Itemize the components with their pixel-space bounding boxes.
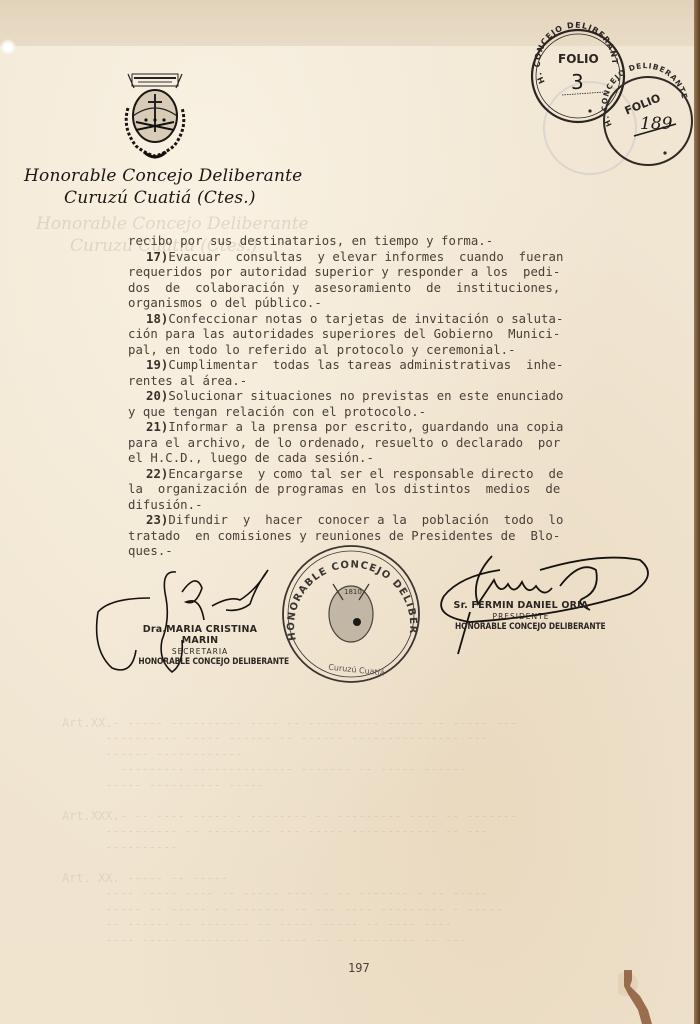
item-number: 23) — [146, 513, 168, 527]
item-text: Encargarse y como tal ser el responsable… — [168, 467, 563, 481]
body-line: rentes al área.- — [128, 374, 640, 390]
body-line: ques.- — [128, 544, 640, 560]
page-edge — [694, 0, 700, 1024]
item-number: 18) — [146, 312, 168, 326]
body-line: tratado en comisiones y reuniones de Pre… — [128, 529, 640, 545]
body-line: la organización de programas en los dist… — [128, 482, 640, 498]
svg-text:1810: 1810 — [344, 588, 362, 596]
signatory-organization: HONORABLE CONCEJO DELIBERANTE — [138, 657, 261, 667]
folio-number: 3 — [571, 70, 584, 94]
item-text: Solucionar situaciones no previstas en e… — [168, 389, 563, 403]
item-text: Informar a la prensa por escrito, guarda… — [168, 420, 563, 434]
body-line: dos de colaboración y asesoramiento de i… — [128, 281, 640, 297]
page-number: 197 — [348, 961, 370, 975]
body-line: difusión.- — [128, 498, 640, 514]
bleed-through-text: Art.XX.- ----- ---------- ---- -- ------… — [62, 700, 642, 948]
signatory-name: Sr. FERMIN DANIEL ORIA — [446, 600, 596, 611]
item-text: Difundir y hacer conocer a la población … — [168, 513, 563, 527]
body-line: ción para las autoridades superiores del… — [128, 327, 640, 343]
item-number: 21) — [146, 420, 168, 434]
list-item-first-line: 22)Encargarse y como tal ser el responsa… — [128, 467, 640, 483]
body-line: requeridos por autoridad superior y resp… — [128, 265, 640, 281]
list-item-first-line: 18)Confeccionar notas o tarjetas de invi… — [128, 312, 640, 328]
signatory-role: PRESIDENTE — [446, 612, 596, 621]
item-number: 17) — [146, 250, 168, 264]
list-item-first-line: 20)Solucionar situaciones no previstas e… — [128, 389, 640, 405]
svg-text:H. CONCEJO DELIBERANTE: H. CONCEJO DELIBERANTE — [0, 0, 619, 85]
body-line: para el archivo, de lo ordenado, resuelt… — [128, 436, 640, 452]
folio-label: FOLIO — [558, 52, 599, 66]
item-text: Evacuar consultas y elevar informes cuan… — [168, 250, 563, 264]
body-line: y que tengan relación con el protocolo.- — [128, 405, 640, 421]
body-line: recibo por sus destinatarios, en tiempo … — [128, 234, 640, 250]
signature-caption-president: Sr. FERMIN DANIEL ORIA PRESIDENTE HONORA… — [446, 600, 596, 632]
signatory-role: SECRETARIA — [130, 647, 270, 656]
signature-caption-secretary: Dra.MARIA CRISTINA MARIN SECRETARIA HONO… — [130, 624, 270, 667]
body-line: organismos o del público.- — [128, 296, 640, 312]
folio-number: 189 — [640, 114, 672, 134]
item-number: 20) — [146, 389, 168, 403]
document-body: recibo por sus destinatarios, en tiempo … — [128, 234, 640, 560]
list-item-first-line: 17)Evacuar consultas y elevar informes c… — [128, 250, 640, 266]
body-line: pal, en todo lo referido al protocolo y … — [128, 343, 640, 359]
list-item-first-line: 23)Difundir y hacer conocer a la poblaci… — [128, 513, 640, 529]
item-number: 22) — [146, 467, 168, 481]
body-line: el H.C.D., luego de cada sesión.- — [128, 451, 640, 467]
paper-stain — [618, 970, 658, 1024]
item-text: Confeccionar notas o tarjetas de invitac… — [168, 312, 563, 326]
list-item-first-line: 19)Cumplimentar todas las tareas adminis… — [128, 358, 640, 374]
signatory-organization: HONORABLE CONCEJO DELIBERANTE — [455, 622, 587, 632]
item-number: 19) — [146, 358, 168, 372]
item-text: Cumplimentar todas las tareas administra… — [168, 358, 563, 372]
list-item-first-line: 21)Informar a la prensa por escrito, gua… — [128, 420, 640, 436]
signatory-name: Dra.MARIA CRISTINA MARIN — [130, 624, 270, 646]
